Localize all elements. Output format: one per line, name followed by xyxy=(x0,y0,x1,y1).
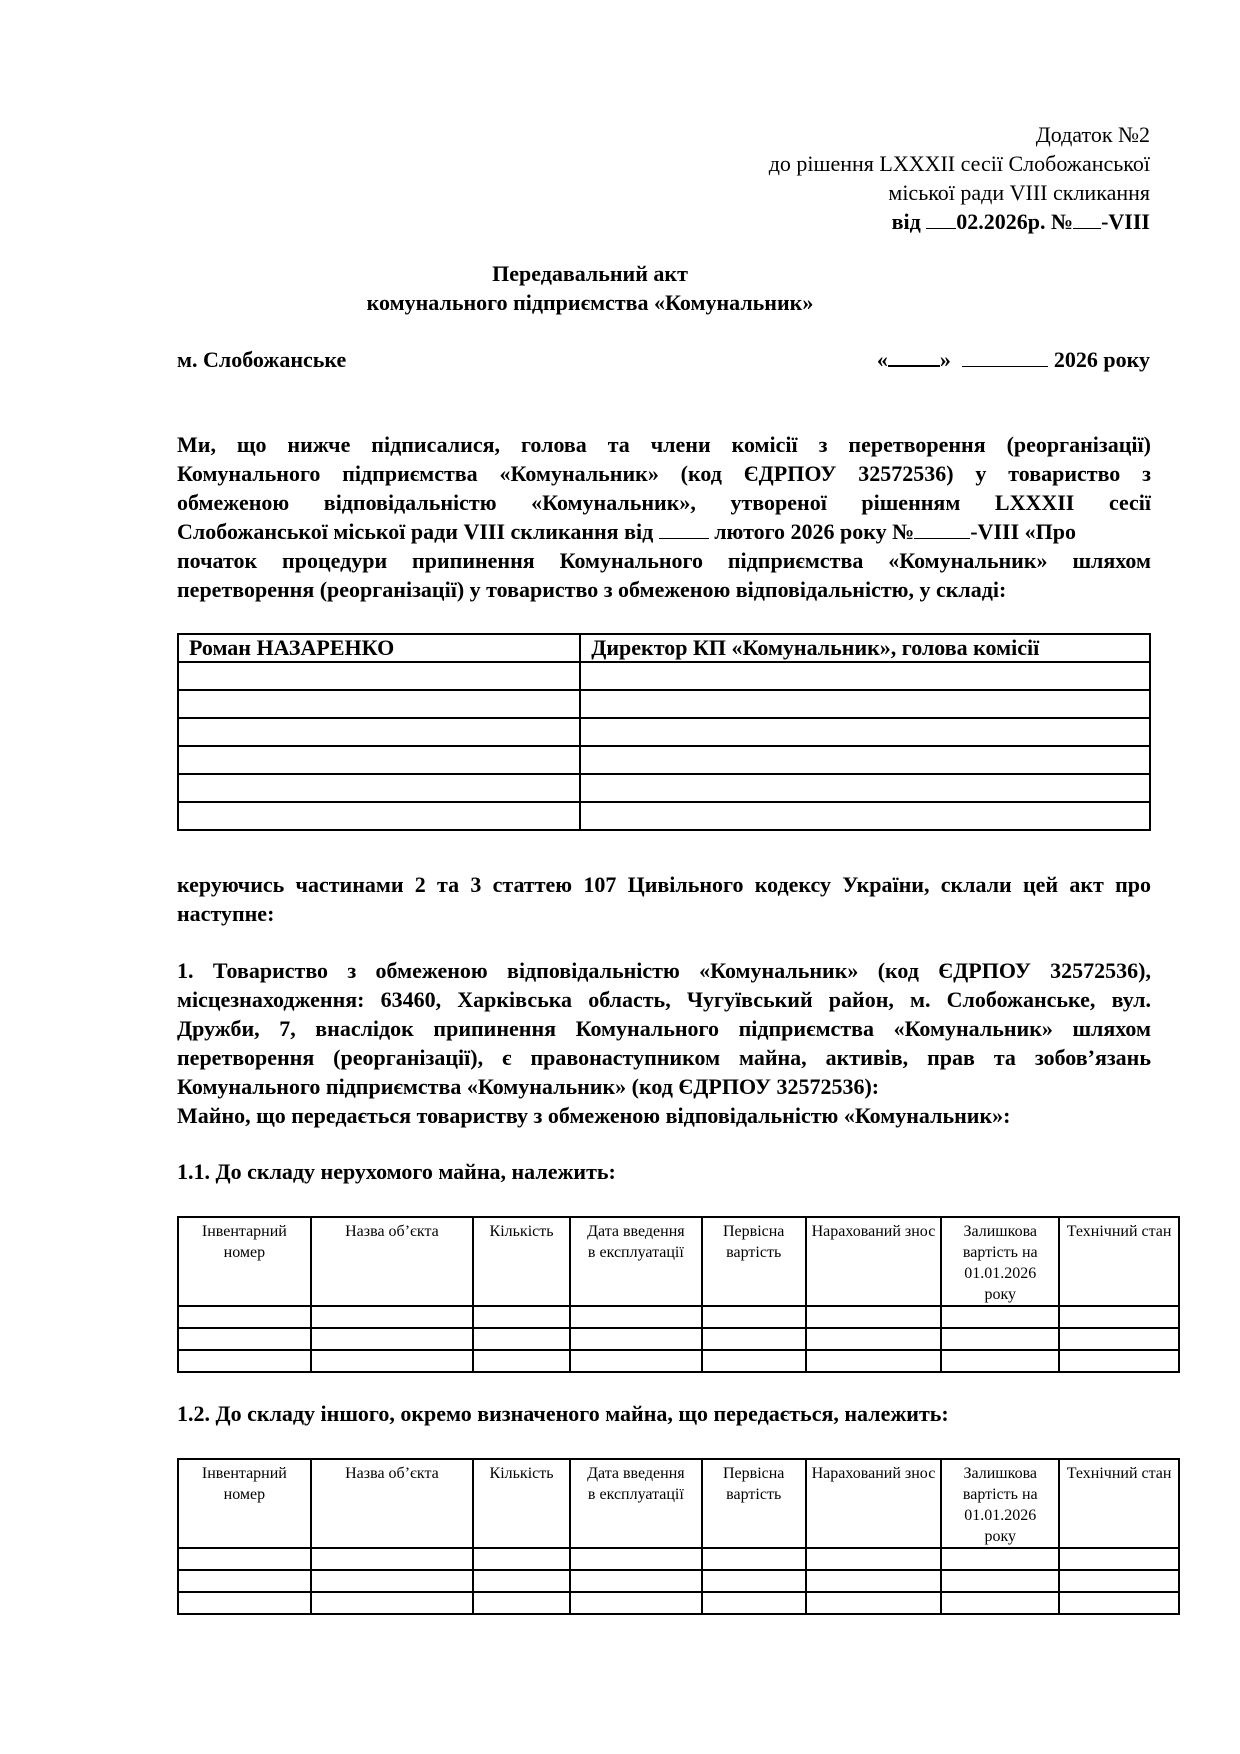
cell[interactable] xyxy=(473,1548,570,1570)
cell[interactable] xyxy=(311,1592,473,1614)
column-header: Інвентарний номер xyxy=(178,1217,311,1306)
cell[interactable] xyxy=(473,1350,570,1372)
cell[interactable] xyxy=(1059,1548,1179,1570)
cell[interactable] xyxy=(570,1548,702,1570)
cell[interactable] xyxy=(570,1350,702,1372)
member-name[interactable] xyxy=(178,802,580,830)
member-role[interactable] xyxy=(580,662,1150,690)
cell[interactable] xyxy=(806,1592,942,1614)
table-row xyxy=(178,662,1150,690)
member-name[interactable] xyxy=(178,746,580,774)
cell[interactable] xyxy=(473,1570,570,1592)
section-1-1-heading: 1.1. До складу нерухомого майна, належит… xyxy=(177,1157,616,1186)
act-month-blank[interactable] xyxy=(962,365,1048,367)
document-page: Додаток №2 до рішення LXXXII сесії Слобо… xyxy=(0,0,1240,1754)
cell[interactable] xyxy=(473,1328,570,1350)
table-row: Роман НАЗАРЕНКО Директор КП «Комунальник… xyxy=(178,634,1150,662)
cell[interactable] xyxy=(941,1570,1059,1592)
member-name[interactable] xyxy=(178,690,580,718)
column-header: Первісна вартість xyxy=(702,1459,806,1548)
cell[interactable] xyxy=(178,1570,311,1592)
cell[interactable] xyxy=(178,1592,311,1614)
cell[interactable] xyxy=(702,1306,806,1328)
title-line-2: комунального підприємства «Комунальник» xyxy=(160,288,1020,317)
council-reference: міської ради VIII скликання xyxy=(650,178,1150,207)
cell[interactable] xyxy=(1059,1350,1179,1372)
other-property-table: Інвентарний номер Назва об’єкта Кількіст… xyxy=(177,1458,1180,1615)
column-header: Залишкова вартість на 01.01.2026 року xyxy=(941,1217,1059,1306)
member-role[interactable] xyxy=(580,802,1150,830)
act-year: 2026 року xyxy=(1054,347,1150,372)
column-header: Первісна вартість xyxy=(702,1217,806,1306)
number-blank[interactable] xyxy=(1073,227,1101,229)
cell[interactable] xyxy=(473,1592,570,1614)
cell[interactable] xyxy=(806,1328,942,1350)
cell[interactable] xyxy=(941,1548,1059,1570)
cell[interactable] xyxy=(941,1592,1059,1614)
cell[interactable] xyxy=(570,1306,702,1328)
member-role: Директор КП «Комунальник», голова комісі… xyxy=(580,634,1150,662)
member-name: Роман НАЗАРЕНКО xyxy=(178,634,580,662)
cell[interactable] xyxy=(806,1548,942,1570)
cell[interactable] xyxy=(1059,1570,1179,1592)
cell[interactable] xyxy=(1059,1306,1179,1328)
act-day-blank[interactable] xyxy=(888,365,940,367)
intro-paragraph: Ми, що нижче підписалися, голова та член… xyxy=(177,430,1151,604)
day-blank[interactable] xyxy=(926,227,956,229)
act-date: «» 2026 року xyxy=(877,345,1150,374)
column-header: Дата введення в експлуатації xyxy=(570,1217,702,1306)
column-header: Технічний стан xyxy=(1059,1459,1179,1548)
table-header-row: Інвентарний номер Назва об’єкта Кількіст… xyxy=(178,1459,1179,1548)
cell[interactable] xyxy=(178,1350,311,1372)
cell[interactable] xyxy=(178,1306,311,1328)
member-role[interactable] xyxy=(580,774,1150,802)
member-name[interactable] xyxy=(178,774,580,802)
real-estate-table: Інвентарний номер Назва об’єкта Кількіст… xyxy=(177,1216,1180,1373)
member-role[interactable] xyxy=(580,690,1150,718)
column-header: Нарахований знос xyxy=(806,1459,942,1548)
cell[interactable] xyxy=(570,1592,702,1614)
cell[interactable] xyxy=(941,1328,1059,1350)
table-row xyxy=(178,1350,1179,1372)
date-prefix: від xyxy=(892,209,927,234)
cell[interactable] xyxy=(702,1570,806,1592)
cell[interactable] xyxy=(570,1570,702,1592)
cell[interactable] xyxy=(1059,1592,1179,1614)
legal-basis-paragraph: керуючись частинами 2 та 3 статтею 107 Ц… xyxy=(177,870,1151,928)
column-header: Залишкова вартість на 01.01.2026 року xyxy=(941,1459,1059,1548)
column-header: Кількість xyxy=(473,1459,570,1548)
cell[interactable] xyxy=(311,1548,473,1570)
cell[interactable] xyxy=(473,1306,570,1328)
table-row xyxy=(178,802,1150,830)
decision-number-blank[interactable] xyxy=(914,537,970,539)
table-row xyxy=(178,718,1150,746)
column-header: Інвентарний номер xyxy=(178,1459,311,1548)
cell[interactable] xyxy=(806,1306,942,1328)
cell[interactable] xyxy=(311,1350,473,1372)
decision-day-blank[interactable] xyxy=(659,537,709,539)
table-row xyxy=(178,774,1150,802)
member-name[interactable] xyxy=(178,662,580,690)
member-role[interactable] xyxy=(580,718,1150,746)
member-name[interactable] xyxy=(178,718,580,746)
intro-line-4: Слобожанської міської ради VIII скликанн… xyxy=(177,517,1151,546)
cell[interactable] xyxy=(702,1548,806,1570)
cell[interactable] xyxy=(941,1306,1059,1328)
column-header: Назва об’єкта xyxy=(311,1459,473,1548)
section-1-2-heading: 1.2. До складу іншого, окремо визначеног… xyxy=(177,1399,949,1428)
commission-table: Роман НАЗАРЕНКО Директор КП «Комунальник… xyxy=(177,633,1151,831)
cell[interactable] xyxy=(702,1328,806,1350)
cell[interactable] xyxy=(178,1548,311,1570)
column-header: Кількість xyxy=(473,1217,570,1306)
appendix-note: Додаток №2 до рішення LXXXII сесії Слобо… xyxy=(650,120,1150,236)
column-header: Нарахований знос xyxy=(806,1217,942,1306)
cell[interactable] xyxy=(311,1570,473,1592)
table-row xyxy=(178,746,1150,774)
cell[interactable] xyxy=(702,1592,806,1614)
cell[interactable] xyxy=(941,1350,1059,1372)
document-title: Передавальний акт комунального підприємс… xyxy=(160,259,1020,317)
column-header: Технічний стан xyxy=(1059,1217,1179,1306)
date-suffix: -VIII xyxy=(1101,209,1150,234)
cell[interactable] xyxy=(311,1328,473,1350)
table-row xyxy=(178,1592,1179,1614)
cell[interactable] xyxy=(702,1350,806,1372)
cell[interactable] xyxy=(1059,1328,1179,1350)
cell[interactable] xyxy=(570,1328,702,1350)
appendix-number: Додаток №2 xyxy=(650,120,1150,149)
table-row xyxy=(178,690,1150,718)
member-role[interactable] xyxy=(580,746,1150,774)
clause-1-paragraph: 1. Товариство з обмеженою відповідальніс… xyxy=(177,956,1151,1130)
table-header-row: Інвентарний номер Назва об’єкта Кількіст… xyxy=(178,1217,1179,1306)
table-row xyxy=(178,1306,1179,1328)
table-row xyxy=(178,1328,1179,1350)
decision-date-line: від 02.2026р. №-VIII xyxy=(650,207,1150,236)
column-header: Назва об’єкта xyxy=(311,1217,473,1306)
cell[interactable] xyxy=(178,1328,311,1350)
date-value: 02.2026р. № xyxy=(956,209,1073,234)
decision-reference: до рішення LXXXII сесії Слобожанської xyxy=(650,149,1150,178)
cell[interactable] xyxy=(311,1306,473,1328)
city-label: м. Слобожанське xyxy=(177,345,346,374)
table-row xyxy=(178,1548,1179,1570)
column-header: Дата введення в експлуатації xyxy=(570,1459,702,1548)
title-line-1: Передавальний акт xyxy=(160,259,1020,288)
cell[interactable] xyxy=(806,1350,942,1372)
cell[interactable] xyxy=(806,1570,942,1592)
table-row xyxy=(178,1570,1179,1592)
